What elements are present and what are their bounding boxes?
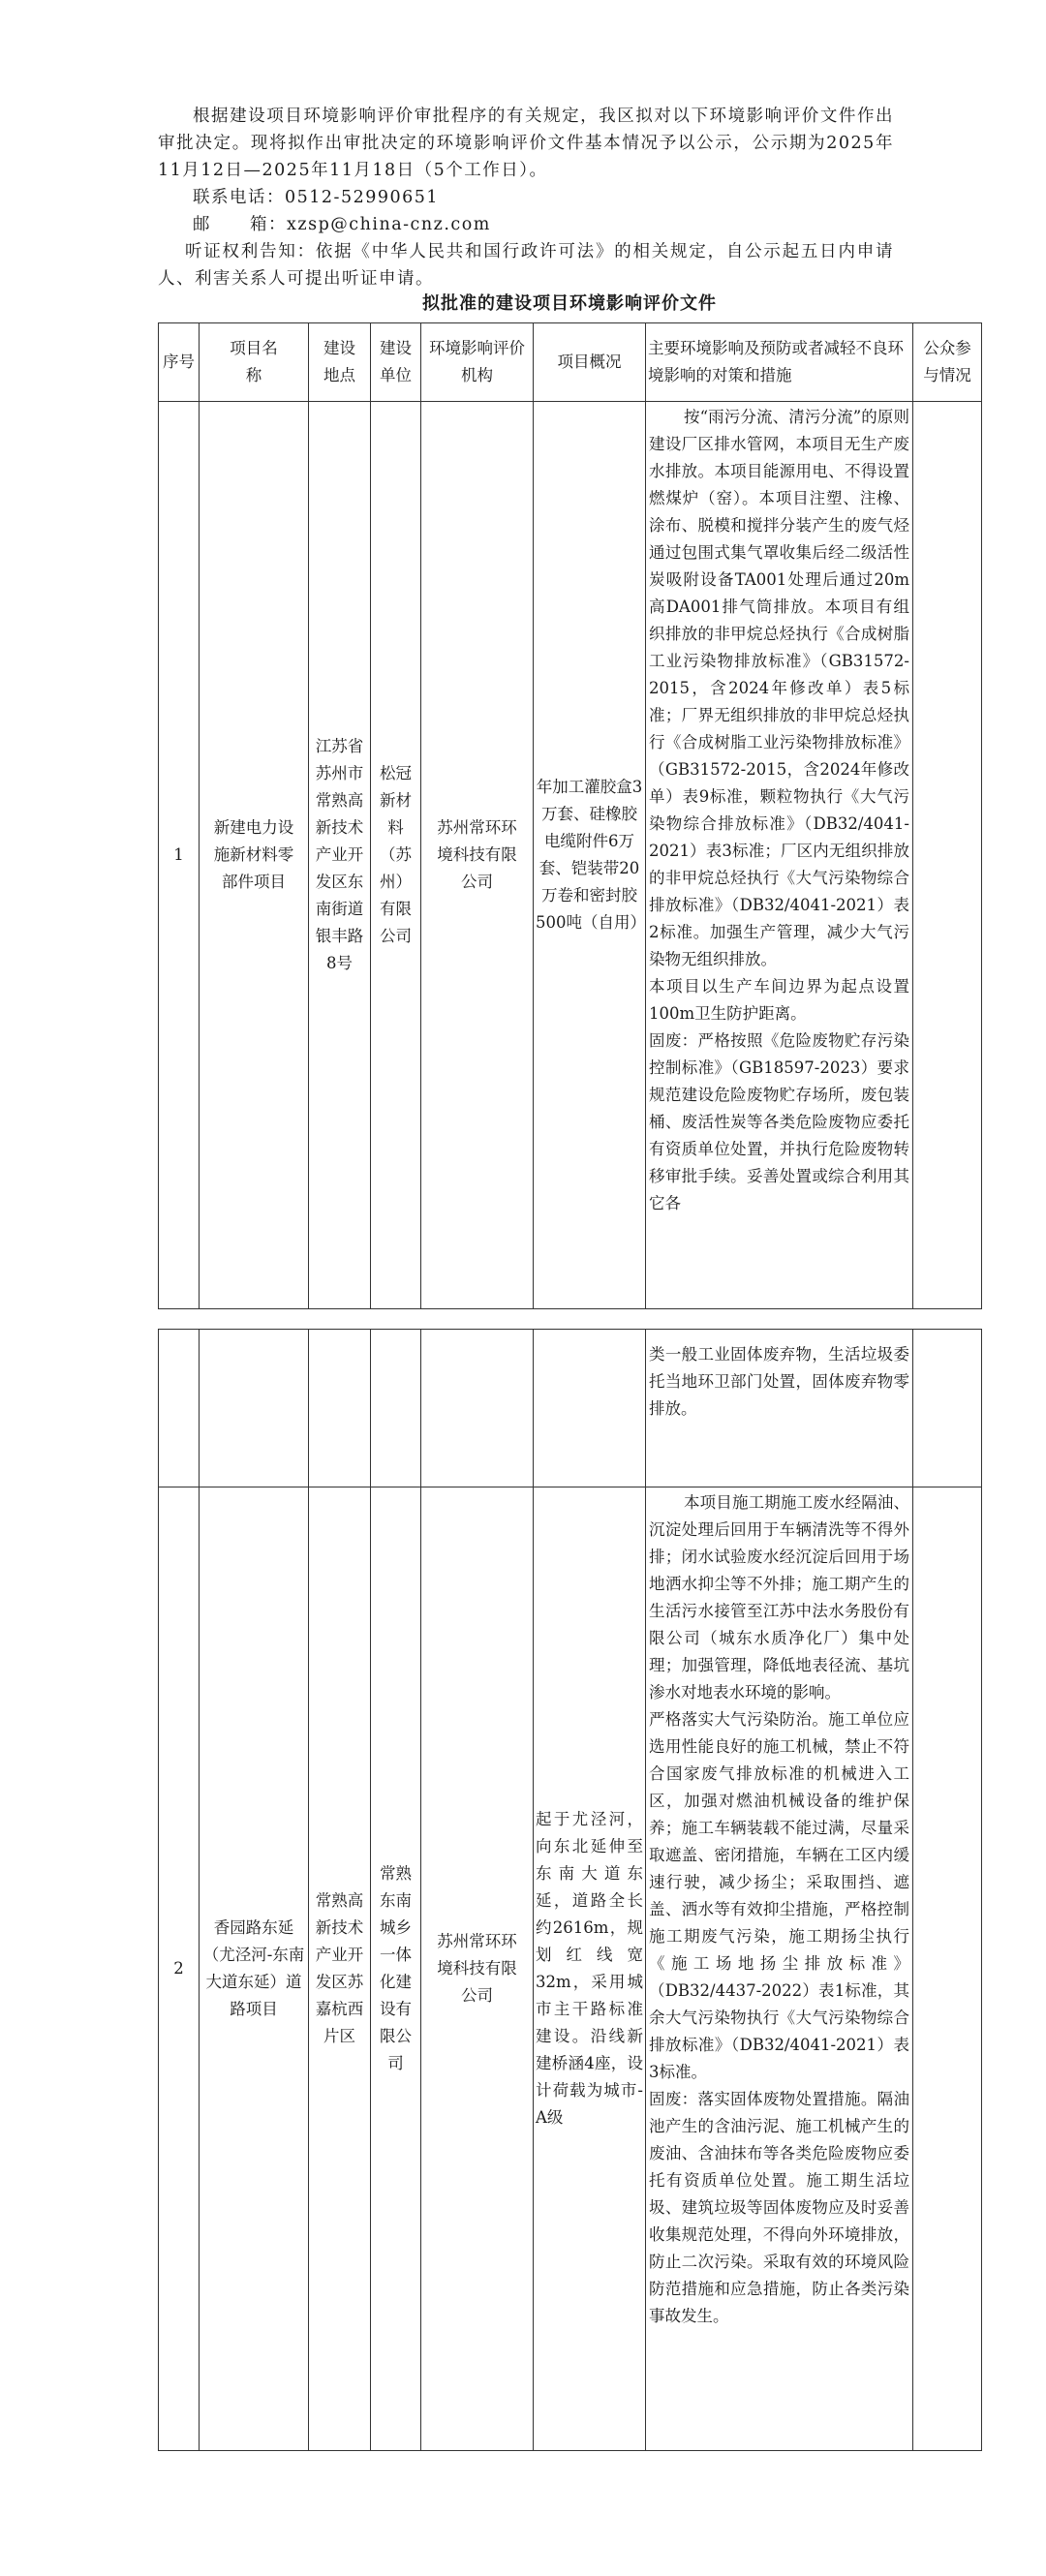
header-unit: 建设单位 — [371, 323, 421, 402]
cont-agency — [421, 1330, 534, 1487]
header-overview: 项目概况 — [534, 323, 646, 402]
row1-seq: 1 — [159, 402, 200, 1309]
row2-name: 香园路东延（尤泾河-东南大道东延）道路项目 — [200, 1487, 309, 2451]
email-label-b: 箱： — [250, 215, 287, 234]
table-row: 2 香园路东延（尤泾河-东南大道东延）道路项目 常熟高新技术产业开发区苏嘉杭西片… — [159, 1487, 982, 2451]
table-header-row: 序号 项目名称 建设地点 建设单位 环境影响评价机构 项目概况 主要环境影响及预… — [159, 323, 982, 402]
header-agency: 环境影响评价机构 — [421, 323, 534, 402]
row2-measures-waste: 固废：落实固体废物处置措施。隔油池产生的含油污泥、施工机械产生的废油、含油抹布等… — [649, 2086, 909, 2330]
phone-number: 0512-52990651 — [285, 188, 439, 207]
hearing-notice: 听证权利告知：依据《中华人民共和国行政许可法》的相关规定，自公示起五日内申请人、… — [158, 238, 894, 292]
row1-measures-waste: 固废：严格按照《危险废物贮存污染控制标准》（GB18597-2023）要求规范建… — [649, 1027, 909, 1217]
row2-agency: 苏州常环环境科技有限公司 — [421, 1487, 534, 2451]
row1-measures: 按“雨污分流、清污分流”的原则建设厂区排水管网，本项目无生产废水排放。本项目能源… — [646, 402, 913, 1309]
header-seq: 序号 — [159, 323, 200, 402]
row1-overview: 年加工灌胶盒3万套、硅橡胶电缆附件6万套、铠装带20万卷和密封胶500吨（自用） — [534, 402, 646, 1309]
row1-unit: 松冠新材料（苏州）有限公司 — [371, 402, 421, 1309]
row2-unit: 常熟东南城乡一体化建设有限公司 — [371, 1487, 421, 2451]
row1-measures-distance: 本项目以生产车间边界为起点设置100m卫生防护距离。 — [649, 973, 909, 1027]
row2-location: 常熟高新技术产业开发区苏嘉杭西片区 — [309, 1487, 371, 2451]
cont-seq — [159, 1330, 200, 1487]
table-row-continuation: 类一般工业固体废弃物，生活垃圾委托当地环卫部门处置，固体废弃物零排放。 — [159, 1330, 982, 1487]
contact-email: 邮箱：xzsp@china-cnz.com — [158, 211, 894, 238]
cont-location — [309, 1330, 371, 1487]
notice-intro: 根据建设项目环境影响评价审批程序的有关规定，我区拟对以下环境影响评价文件作出审批… — [158, 103, 894, 292]
notice-paragraph: 根据建设项目环境影响评价审批程序的有关规定，我区拟对以下环境影响评价文件作出审批… — [158, 103, 894, 184]
row2-public — [913, 1487, 982, 2451]
contact-phone: 联系电话：0512-52990651 — [158, 184, 894, 211]
row1-measures-continued: 类一般工业固体废弃物，生活垃圾委托当地环卫部门处置，固体废弃物零排放。 — [646, 1330, 913, 1487]
row2-seq: 2 — [159, 1487, 200, 2451]
email-address[interactable]: xzsp@china-cnz.com — [287, 215, 491, 234]
cont-name — [200, 1330, 309, 1487]
table-row: 1 新建电力设施新材料零部件项目 江苏省苏州市常熟高新技术产业开发区东南街道银丰… — [159, 402, 982, 1309]
row2-measures: 本项目施工期施工废水经隔油、沉淀处理后回用于车辆清洗等不得外排；闭水试验废水经沉… — [646, 1487, 913, 2451]
eia-table-page1: 序号 项目名称 建设地点 建设单位 环境影响评价机构 项目概况 主要环境影响及预… — [158, 322, 982, 1309]
table-title: 拟批准的建设项目环境影响评价文件 — [158, 291, 981, 318]
row1-location: 江苏省苏州市常熟高新技术产业开发区东南街道银丰路8号 — [309, 402, 371, 1309]
row2-measures-water: 本项目施工期施工废水经隔油、沉淀处理后回用于车辆清洗等不得外排；闭水试验废水经沉… — [649, 1489, 909, 1706]
email-label-a: 邮 — [193, 215, 211, 234]
row1-name: 新建电力设施新材料零部件项目 — [200, 402, 309, 1309]
row1-public — [913, 402, 982, 1309]
row1-measures-air: 按“雨污分流、清污分流”的原则建设厂区排水管网，本项目无生产废水排放。本项目能源… — [649, 404, 909, 973]
phone-label: 联系电话： — [193, 188, 285, 207]
eia-table-page2: 类一般工业固体废弃物，生活垃圾委托当地环卫部门处置，固体废弃物零排放。 2 香园… — [158, 1329, 982, 2451]
header-name: 项目名称 — [200, 323, 309, 402]
row2-measures-air: 严格落实大气污染防治。施工单位应选用性能良好的施工机械，禁止不符合国家废气排放标… — [649, 1706, 909, 2086]
row2-overview: 起于尤泾河，向东北延伸至东南大道东延，道路全长约2616m，规划红线宽32m，采… — [534, 1487, 646, 2451]
cont-unit — [371, 1330, 421, 1487]
header-public: 公众参与情况 — [913, 323, 982, 402]
header-measures: 主要环境影响及预防或者减轻不良环境影响的对策和措施 — [646, 323, 913, 402]
cont-overview — [534, 1330, 646, 1487]
header-location: 建设地点 — [309, 323, 371, 402]
row1-agency: 苏州常环环境科技有限公司 — [421, 402, 534, 1309]
cont-public — [913, 1330, 982, 1487]
